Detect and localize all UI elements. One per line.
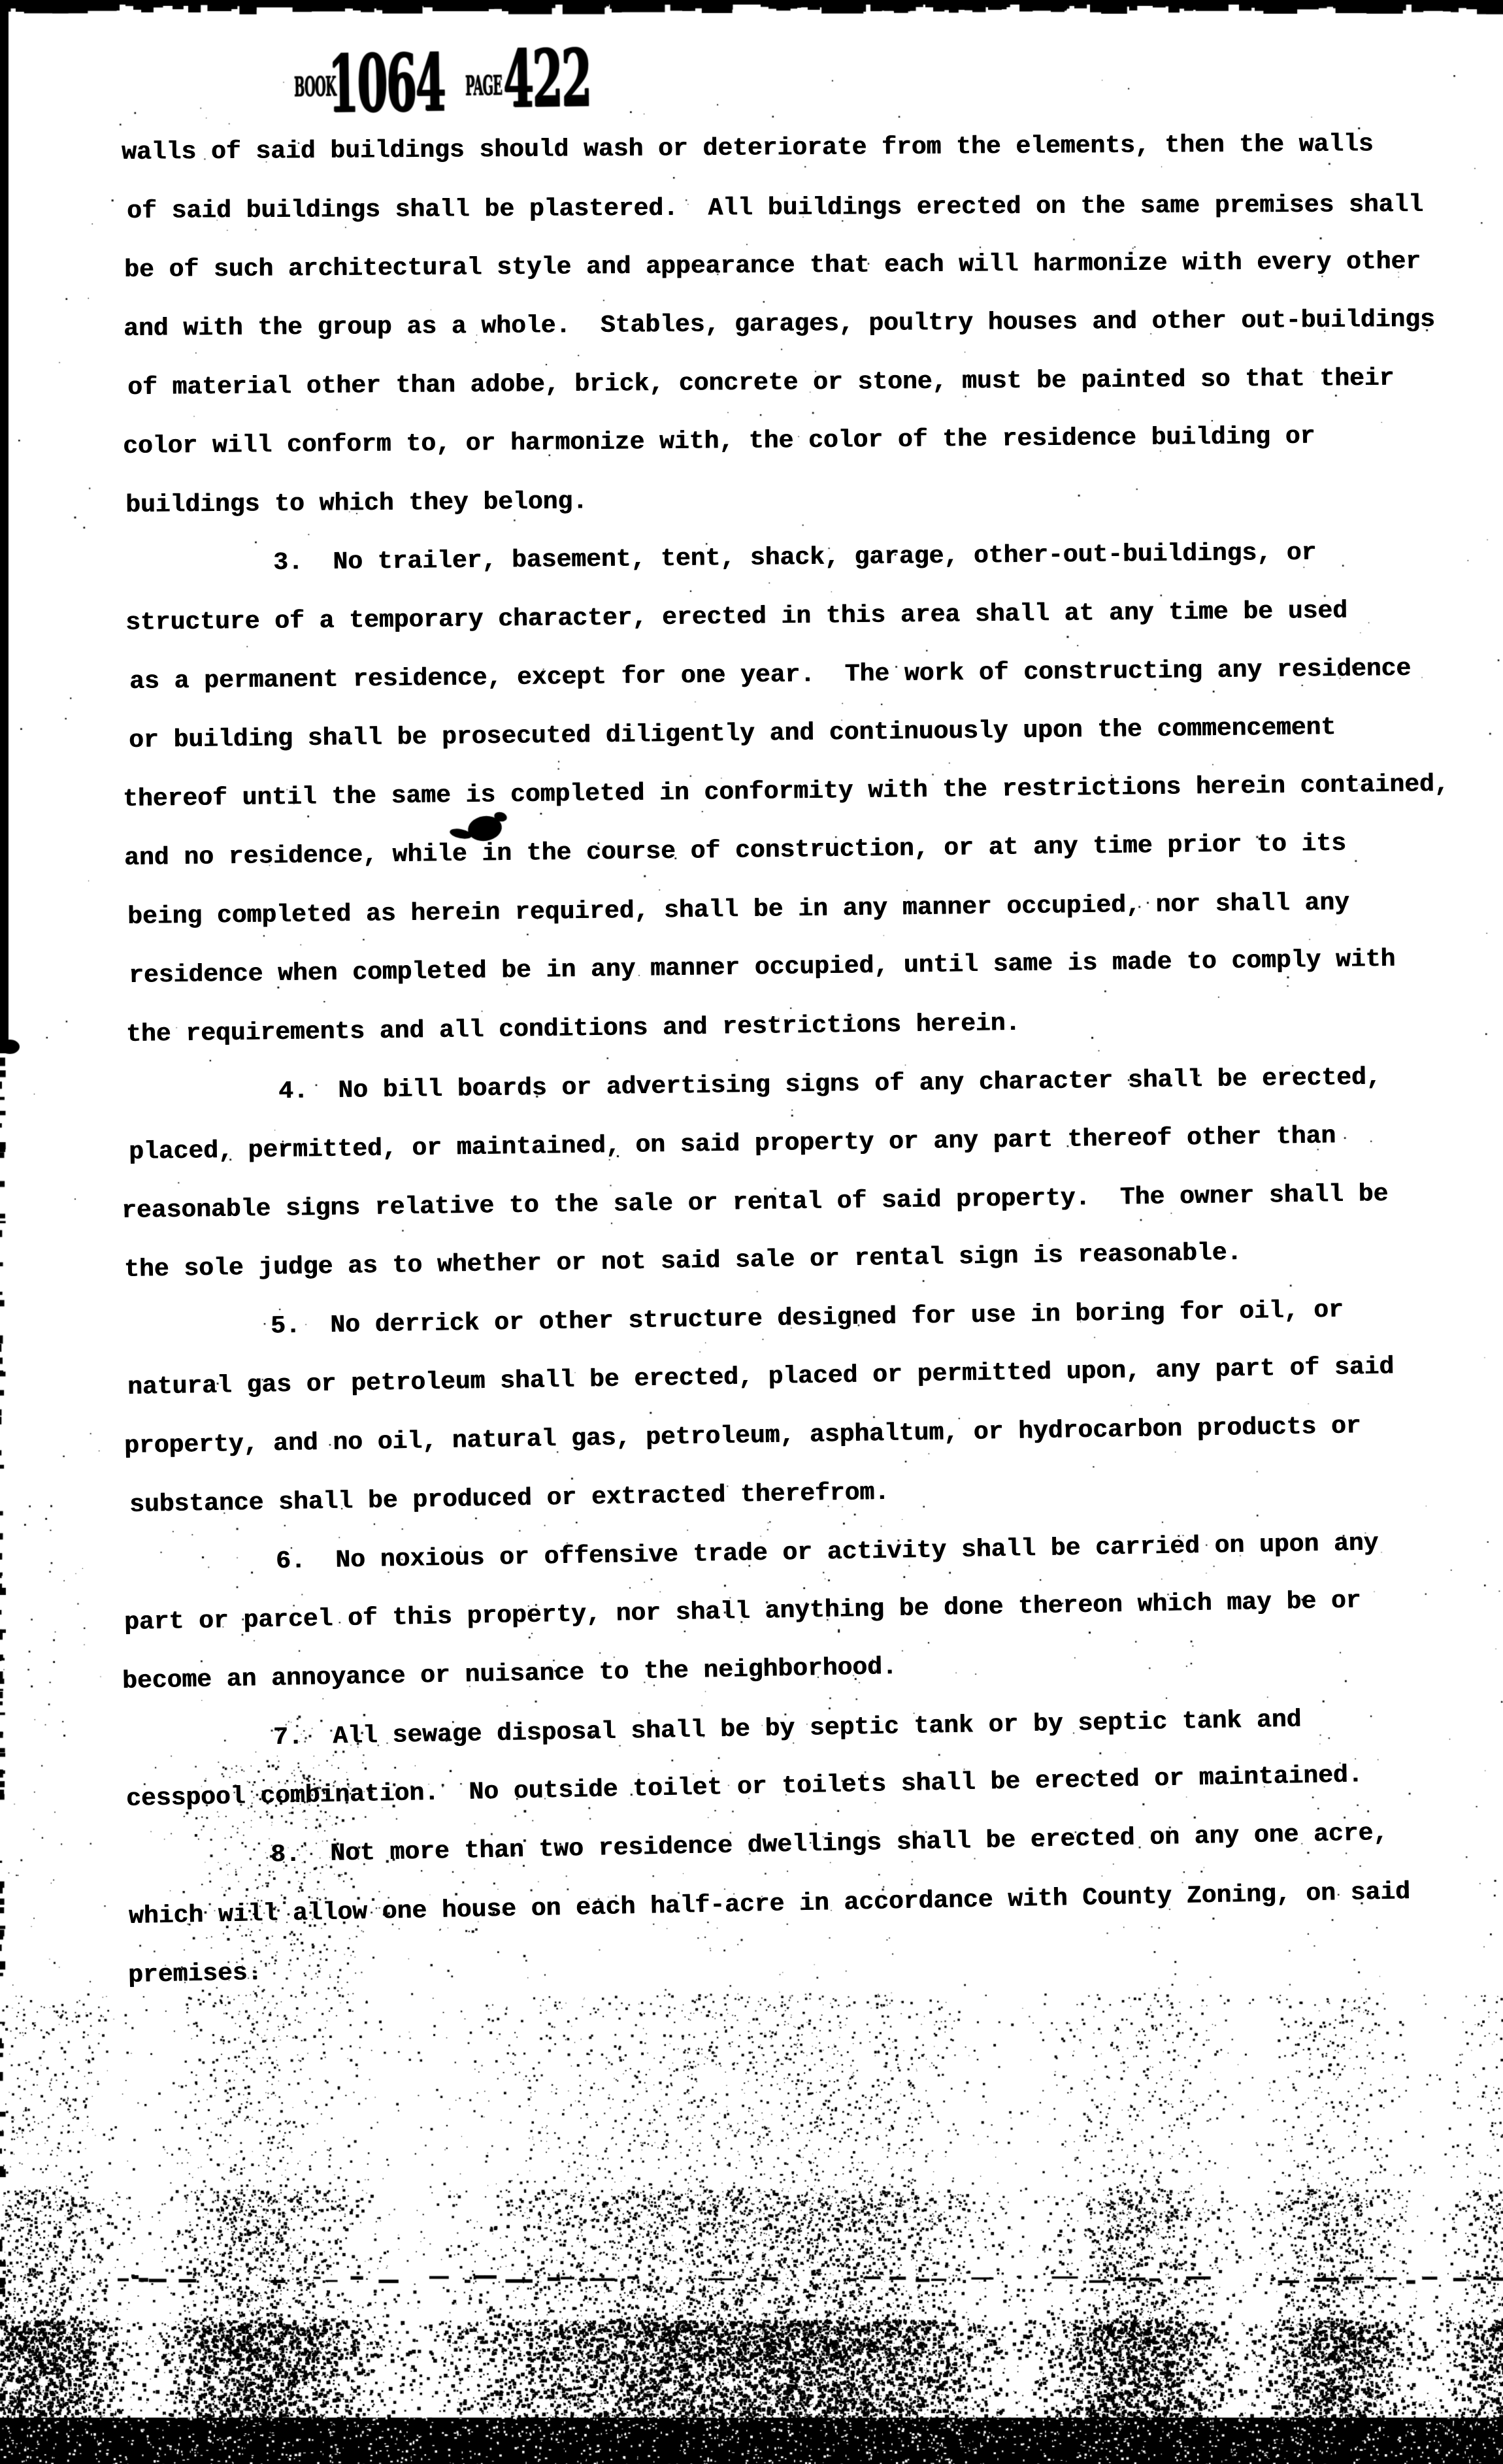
stamp-page-label: PAGE [465,71,503,99]
document-line: of said buildings shall be plastered. Al… [127,176,1453,241]
document-text: walls of said buildings should wash or d… [124,123,1451,2005]
document-line: walls of said buildings should wash or d… [122,115,1448,182]
stamp-book-number: 1064 [327,44,445,123]
document-line: and with the group as a whole. Stables, … [124,291,1450,359]
document-line: of material other than adobe, brick, con… [127,349,1454,418]
stamp-page-number: 422 [503,39,591,118]
document-page: BOOK 1064 PAGE 422 walls of said buildin… [0,0,1503,2464]
document-line: color will conform to, or harmonize with… [123,406,1449,476]
document-line: be of such architectural style and appea… [124,233,1451,300]
